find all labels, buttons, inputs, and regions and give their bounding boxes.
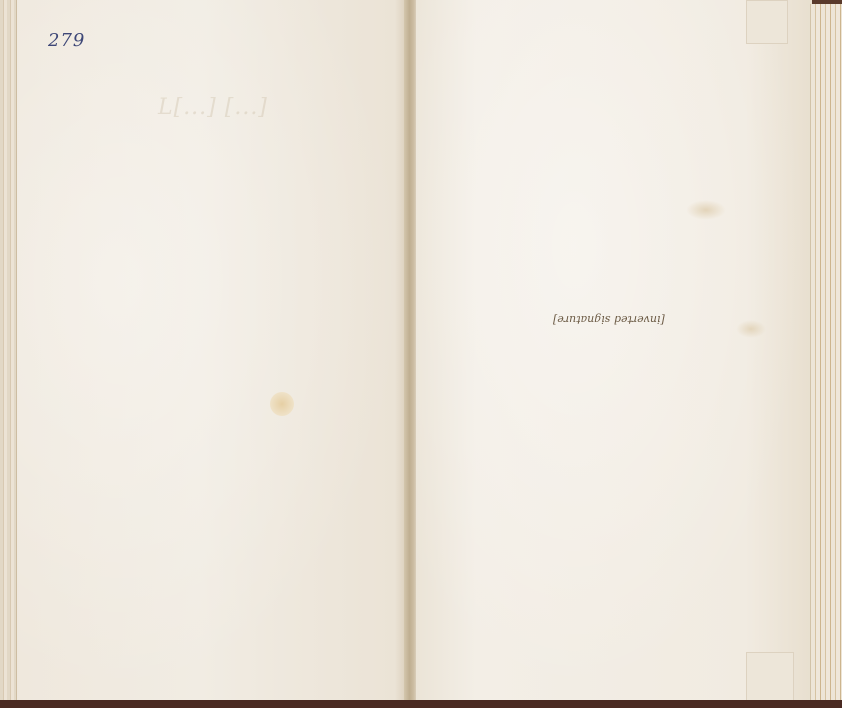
right-page — [416, 0, 812, 702]
binding-bottom — [0, 700, 842, 708]
stain-smudge — [736, 320, 766, 338]
stain-smudge — [686, 200, 726, 220]
inverted-annotation: [inverted signature] — [553, 313, 665, 326]
book-spread: 279 L[...] [...] [inverted signature] — [0, 0, 842, 708]
left-page: 279 L[...] [...] — [0, 0, 408, 702]
left-page-edges — [0, 0, 17, 702]
right-page-edges — [810, 4, 842, 704]
folio-number: 279 — [48, 30, 85, 51]
faded-heading: L[...] [...] — [158, 95, 268, 120]
paper-tab-bottom — [746, 652, 794, 704]
paper-tab-top — [746, 0, 788, 44]
stain-spot — [270, 392, 294, 416]
